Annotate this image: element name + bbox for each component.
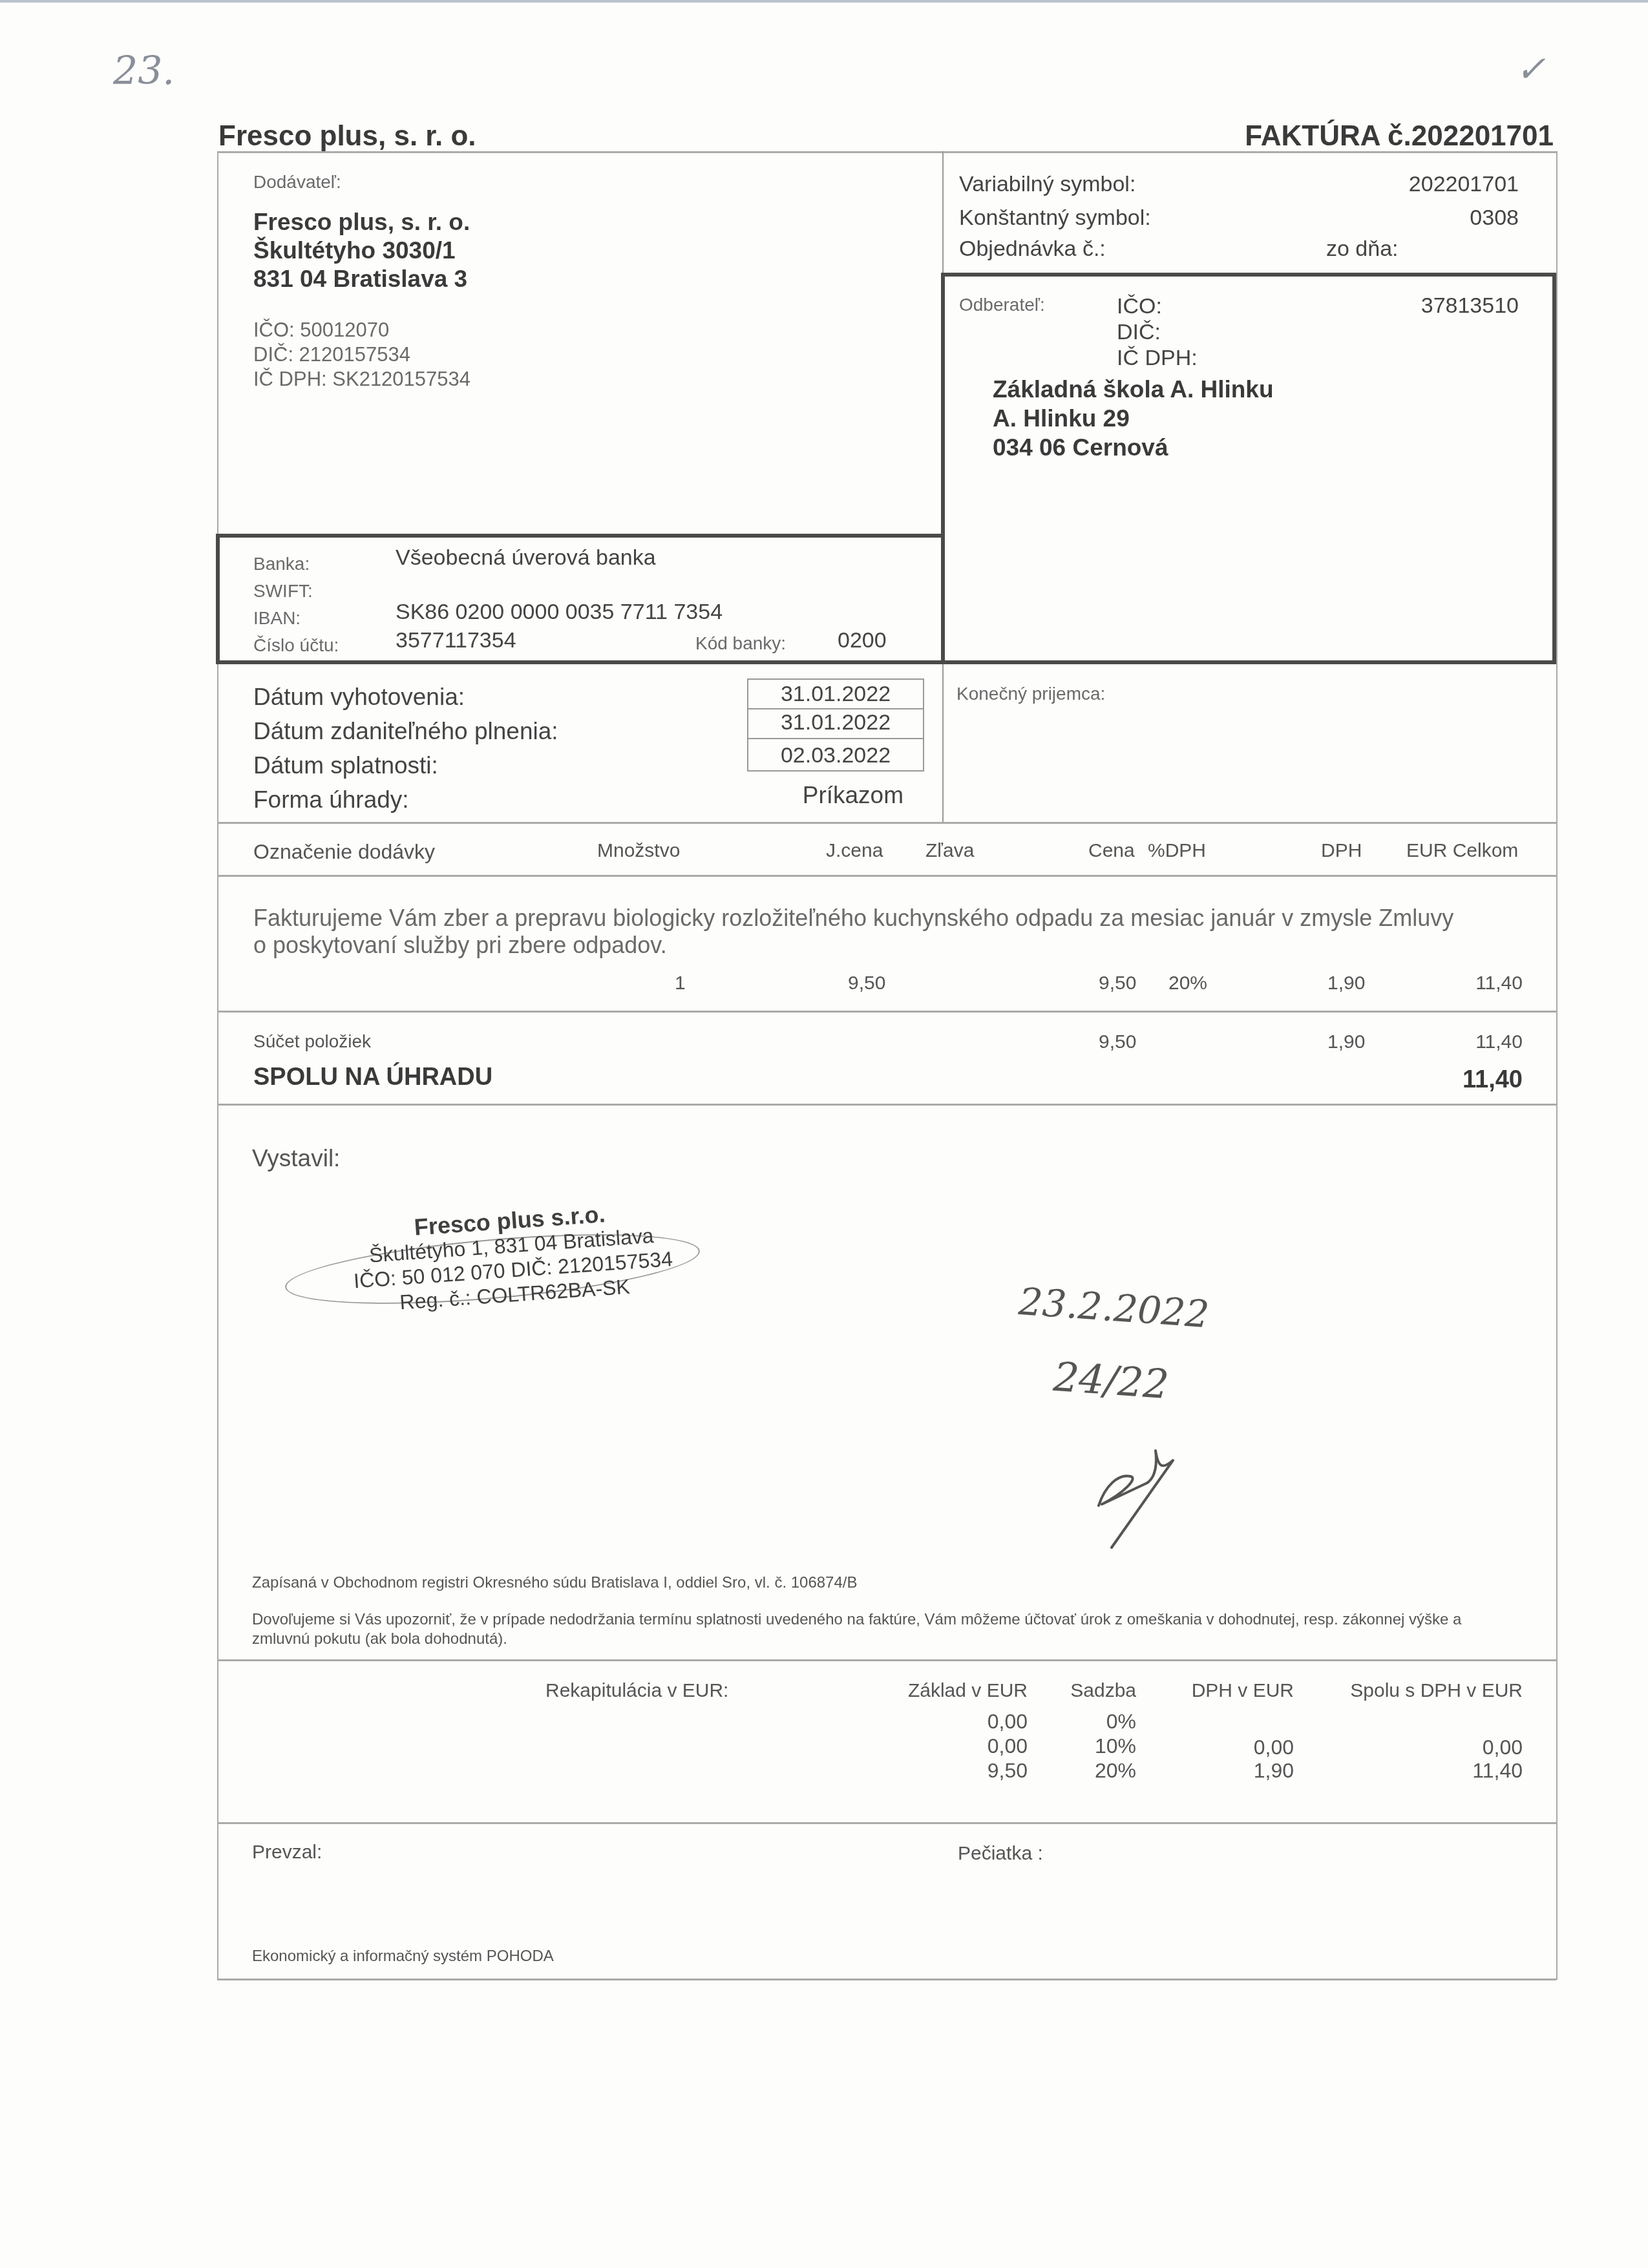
top-divider (217, 151, 1556, 153)
recap-row1-base: 0,00 (988, 1734, 1028, 1758)
constant-symbol-label: Konštantný symbol: (959, 205, 1151, 231)
final-recipient-label: Konečný prijemca: (956, 684, 1105, 704)
header-company-name: Fresco plus, s. r. o. (218, 120, 476, 152)
supplier-name: Fresco plus, s. r. o. (253, 208, 470, 236)
due-date-value: 02.03.2022 (747, 738, 924, 772)
recap-header-rate: Sadzba (1070, 1680, 1136, 1702)
taxable-date-value: 31.01.2022 (747, 708, 924, 739)
sum-label: Súčet položiek (253, 1031, 371, 1052)
supplier-label: Dodávateľ: (253, 172, 341, 193)
recap-row1-rate: 10% (1095, 1734, 1136, 1758)
supplier-address: Fresco plus, s. r. o. Škultétyho 3030/1 … (253, 208, 470, 293)
supplier-ic-dph: IČ DPH: SK2120157534 (253, 367, 470, 392)
iban-value: SK86 0200 0000 0035 7711 7354 (396, 600, 723, 625)
stamp-label: Pečiatka : (958, 1843, 1043, 1865)
received-by-label: Prevzal: (252, 1842, 322, 1864)
row-quantity: 1 (675, 972, 686, 994)
column-header-unit-price: J.cena (826, 840, 883, 862)
bank-code-value: 0200 (838, 628, 887, 653)
recap-row2-base: 9,50 (988, 1759, 1028, 1783)
row-total: 11,40 (1475, 972, 1523, 994)
recap-row0-base: 0,00 (988, 1710, 1028, 1734)
customer-ic-dph-label: IČ DPH: (1117, 345, 1198, 371)
totals-divider (217, 1104, 1556, 1106)
handwritten-reference: 24/22 (1052, 1353, 1170, 1408)
bank-code-label: Kód banky: (695, 633, 786, 654)
date-labels: Dátum vyhotovenia: Dátum zdaniteľného pl… (253, 680, 558, 817)
recap-row1-vat: 0,00 (1254, 1736, 1294, 1759)
bottom-border (217, 1979, 1556, 1980)
column-header-total: EUR Celkom (1406, 840, 1518, 862)
handwritten-checkmark-icon: ✓ (1516, 48, 1546, 90)
constant-symbol-value: 0308 (1470, 205, 1519, 231)
issue-date-label: Dátum vyhotovenia: (253, 680, 558, 714)
customer-dic-label: DIČ: (1117, 319, 1198, 345)
swift-label: SWIFT: (253, 578, 339, 605)
customer-name: Základná škola A. Hlinku (993, 375, 1274, 404)
recap-header-vat: DPH v EUR (1192, 1680, 1294, 1702)
due-date-label: Dátum splatnosti: (253, 748, 558, 782)
recap-row2-total: 11,40 (1472, 1759, 1523, 1783)
recap-row1-total: 0,00 (1483, 1736, 1523, 1759)
column-header-vat-pct: %DPH (1148, 840, 1206, 862)
issue-date-value: 31.01.2022 (747, 678, 924, 709)
variable-symbol-label: Variabilný symbol: (959, 172, 1136, 197)
supplier-ico: IČO: 50012070 (253, 318, 470, 342)
payment-method-label: Forma úhrady: (253, 782, 558, 817)
recap-row0-rate: 0% (1106, 1710, 1136, 1734)
column-header-vat: DPH (1321, 840, 1362, 862)
customer-city: 034 06 Cernová (993, 433, 1274, 462)
software-credit: Ekonomický a informačný systém POHODA (252, 1948, 554, 1966)
recap-row2-vat: 1,90 (1254, 1759, 1294, 1783)
customer-ico-value: 37813510 (1421, 293, 1519, 319)
bank-label: Banka: (253, 551, 339, 578)
column-header-discount: Zľava (925, 840, 974, 862)
registry-note: Zapísaná v Obchodnom registri Okresného … (252, 1574, 858, 1592)
sum-divider (217, 1011, 1556, 1013)
column-header-quantity: Množstvo (597, 840, 680, 862)
order-date-label: zo dňa: (1326, 236, 1399, 262)
customer-ico-label: IČO: (1117, 293, 1198, 319)
account-number: 3577117354 (396, 628, 516, 653)
row-unit-price: 9,50 (848, 972, 885, 994)
column-header-description: Označenie dodávky (253, 840, 435, 864)
handwritten-note-top-left: 23. (113, 48, 174, 94)
order-number-label: Objednávka č.: (959, 236, 1106, 262)
issued-by-label: Vystavil: (252, 1145, 340, 1172)
recap-header-base: Základ v EUR (908, 1680, 1028, 1702)
account-label: Číslo účtu: (253, 632, 339, 659)
table-top-divider (217, 822, 1556, 824)
dates-divider (942, 664, 944, 822)
supplier-dic: DIČ: 2120157534 (253, 342, 470, 367)
bank-labels: Banka: SWIFT: IBAN: Číslo účtu: (253, 551, 339, 659)
customer-id-labels: IČO: DIČ: IČ DPH: (1117, 293, 1198, 371)
customer-address: Základná škola A. Hlinku A. Hlinku 29 03… (993, 375, 1274, 462)
late-payment-note: Dovoľujeme si Vás upozorniť, že v prípad… (252, 1610, 1467, 1649)
row-vat: 1,90 (1327, 972, 1365, 994)
customer-street: A. Hlinku 29 (993, 404, 1274, 433)
sum-price: 9,50 (1099, 1031, 1136, 1053)
customer-box (941, 273, 1556, 664)
row-vat-pct: 20% (1168, 972, 1207, 994)
invoice-number: 202201701 (1411, 120, 1554, 152)
sum-vat: 1,90 (1327, 1031, 1365, 1053)
recap-divider (217, 1659, 1556, 1661)
recap-row2-rate: 20% (1095, 1759, 1136, 1783)
recap-header-total: Spolu s DPH v EUR (1350, 1680, 1523, 1702)
taxable-date-label: Dátum zdaniteľného plnenia: (253, 714, 558, 748)
sum-total: 11,40 (1475, 1031, 1523, 1053)
row-price: 9,50 (1099, 972, 1136, 994)
grand-total-value: 11,40 (1463, 1066, 1523, 1094)
item-description: Fakturujeme Vám zber a prepravu biologic… (253, 905, 1468, 959)
recap-label: Rekapitulácia v EUR: (545, 1680, 728, 1702)
signature-icon (1086, 1422, 1202, 1551)
variable-symbol-value: 202201701 (1409, 172, 1519, 197)
invoice-label: FAKTÚRA č. (1245, 120, 1411, 152)
table-header-divider (217, 875, 1556, 877)
column-header-price: Cena (1088, 840, 1135, 862)
grand-total-label: SPOLU NA ÚHRADU (253, 1064, 492, 1091)
footer-divider (217, 1822, 1556, 1824)
customer-label: Odberateľ: (959, 295, 1045, 315)
supplier-ids: IČO: 50012070 DIČ: 2120157534 IČ DPH: SK… (253, 318, 470, 392)
iban-label: IBAN: (253, 605, 339, 632)
supplier-street: Škultétyho 3030/1 (253, 236, 470, 265)
bank-name: Všeobecná úverová banka (396, 545, 656, 571)
invoice-title: FAKTÚRA č.202201701 (1245, 120, 1554, 152)
payment-method-value: Príkazom (803, 782, 903, 809)
supplier-city: 831 04 Bratislava 3 (253, 265, 470, 293)
scan-edge (0, 0, 1648, 3)
